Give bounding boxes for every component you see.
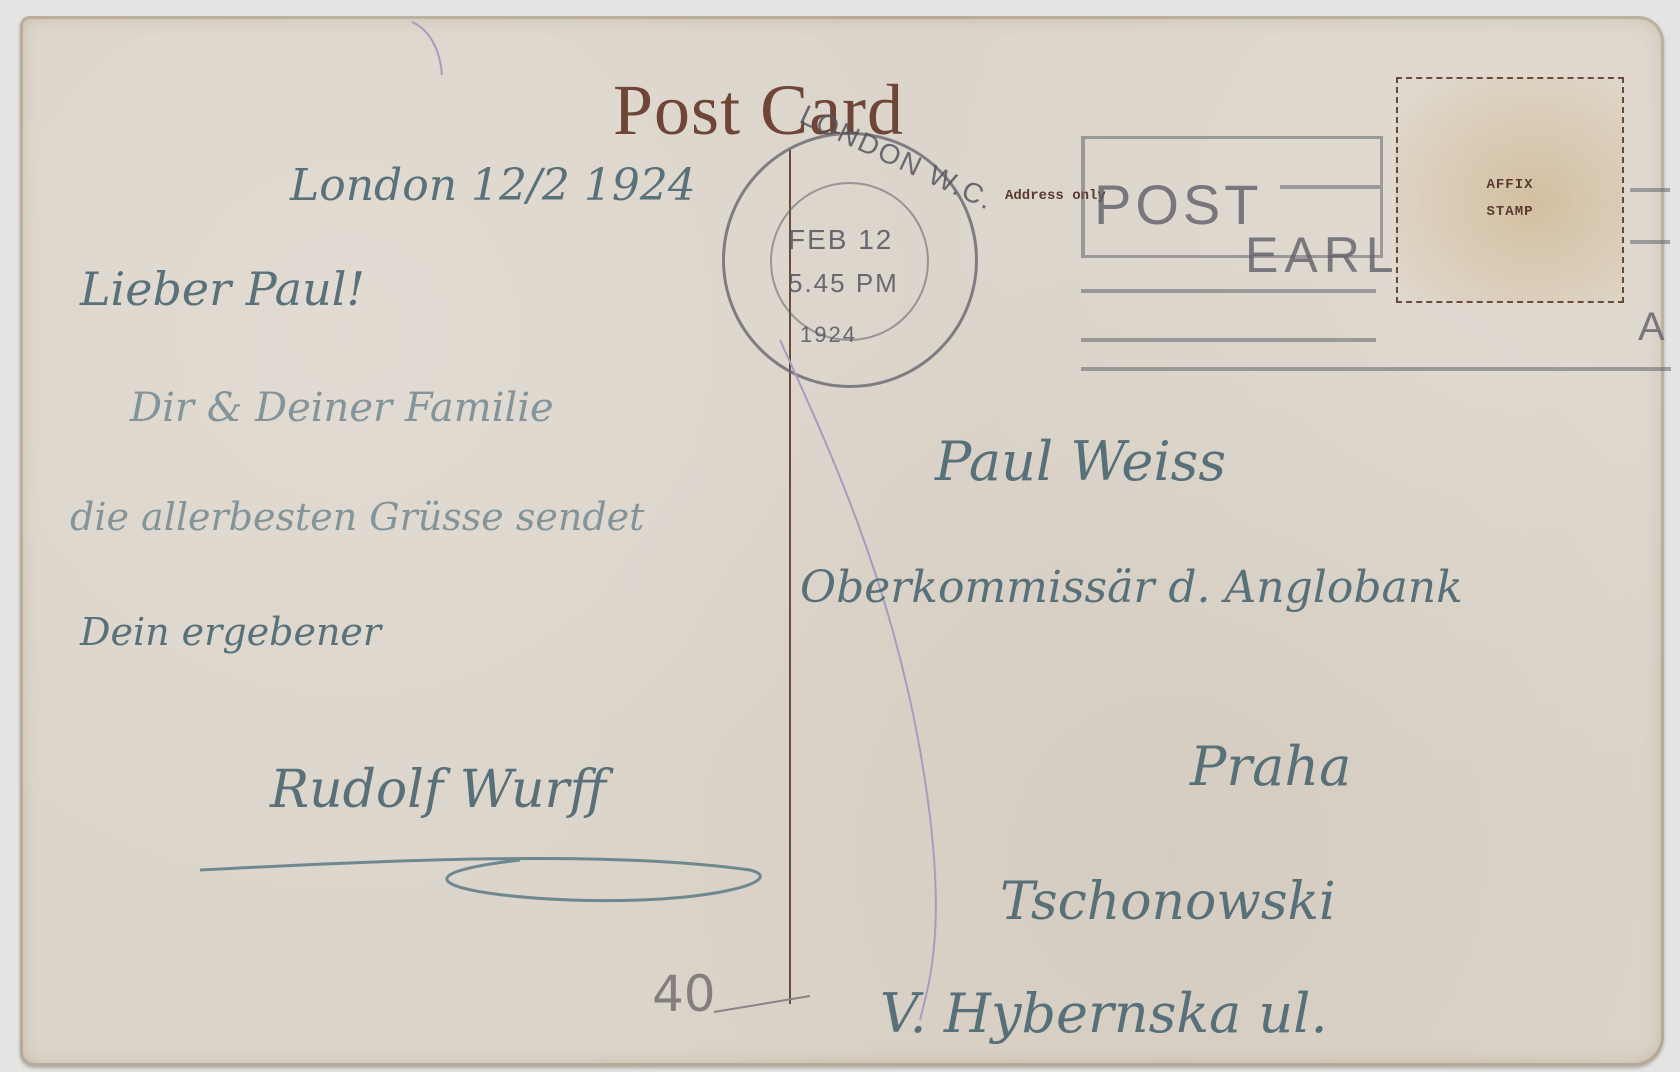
recipient-name: Paul Weiss — [935, 430, 1226, 493]
postmark-date: FEB 12 — [788, 224, 893, 256]
postmark-time: 5.45 PM — [788, 268, 899, 299]
pencil-dash — [712, 990, 812, 1020]
message-signature: Rudolf Wurff — [270, 760, 606, 820]
recipient-city: Praha — [1190, 735, 1351, 798]
message-line-2: die allerbesten Grüsse sendet — [70, 495, 644, 539]
stamp-box-line1: AFFIX — [1398, 177, 1622, 193]
slogan-cancel-line — [1630, 188, 1670, 192]
slogan-word-post: POST — [1094, 172, 1262, 237]
message-line-3: Dein ergebener — [80, 610, 381, 654]
slogan-cancel-line — [1630, 240, 1670, 244]
violet-pencil-mark — [410, 20, 450, 80]
message-line-1: Dir & Deiner Familie — [130, 385, 554, 431]
recipient-district: V. Hybernska ul. — [880, 982, 1328, 1045]
recipient-street: Tschonowski — [1000, 872, 1336, 932]
stamp-box-line2: STAMP — [1398, 204, 1622, 220]
postmark-inner-ring — [770, 182, 929, 341]
slogan-cancel-line — [1081, 289, 1376, 293]
recipient-title: Oberkommissär d. Anglobank — [800, 562, 1463, 613]
slogan-word-a: A — [1638, 305, 1665, 350]
slogan-cancel-line — [1081, 367, 1671, 371]
message-salutation: Lieber Paul! — [80, 262, 365, 316]
message-place-date: London 12/2 1924 — [290, 160, 696, 211]
pencil-note: 40 — [652, 965, 716, 1023]
signature-flourish — [190, 820, 790, 910]
slogan-cancel-line — [1081, 338, 1376, 342]
slogan-word-earl: EARL — [1245, 226, 1400, 284]
affix-stamp-box: AFFIX STAMP — [1396, 77, 1624, 303]
slogan-cancel-line — [1280, 185, 1380, 189]
